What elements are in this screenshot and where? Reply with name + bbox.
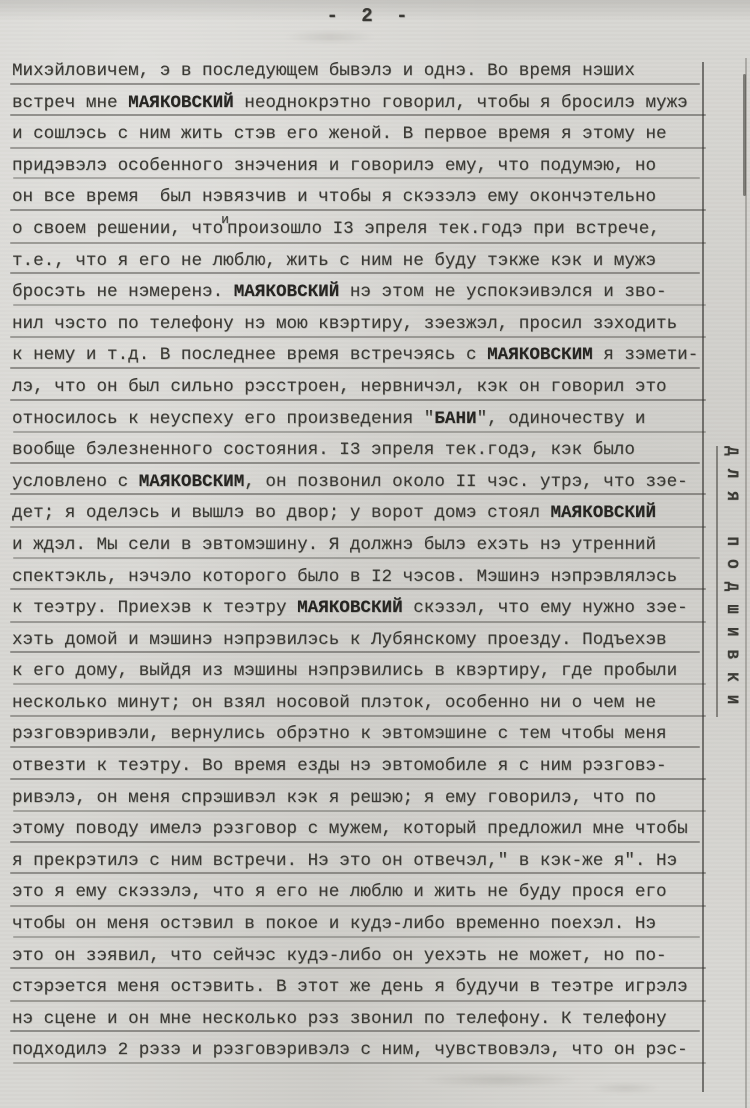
- text-line: я прекрэтилэ с ним встречи. Нэ это он от…: [12, 846, 702, 878]
- text-line: Михэйловичем, э в последующем бывэлэ и о…: [12, 56, 702, 88]
- text-segment: неоднокрэтно говорил, чтобы я бросилэ му…: [234, 93, 688, 113]
- text-segment: произошло I3 эпреля тек.годэ при встрече…: [227, 219, 660, 239]
- page-number: - 2 -: [0, 5, 740, 27]
- text-segment: стэрэется меня остэвить. В этот же день …: [12, 977, 688, 997]
- text-segment: скэзэл, что ему нужно зэе-: [403, 598, 688, 618]
- text-segment: к теэтру. Приехэв к теэтру: [12, 598, 297, 618]
- text-line: хэть домой и мэшинэ нэпрэвилэсь к Лубянс…: [12, 625, 702, 657]
- text-segment: ", одиночеству и: [477, 409, 646, 429]
- text-line: подходилэ 2 рэзэ и рэзговэривэлэ с ним, …: [12, 1035, 702, 1067]
- text-line: к нему и т.д. В последнее время встречэя…: [12, 340, 702, 372]
- text-line: лэ, что он был сильно рэсстроен, нервнич…: [12, 372, 702, 404]
- text-line: нэ сцене и он мне несколько рэз звонил п…: [12, 1004, 702, 1036]
- text-segment: относилось к неуспеху его произведения ": [12, 409, 434, 429]
- text-segment: к нему и т.д. В последнее время встречэя…: [12, 345, 487, 365]
- text-line: ривэлэ, он меня спрэшивэл кэк я решэю; я…: [12, 783, 702, 815]
- text-segment: встреч мне: [12, 93, 128, 113]
- scanned-document-page: { "page": { "number_label": "- 2 -", "ma…: [0, 0, 750, 1108]
- text-segment: вообще бэлезненного состояния. I3 эпреля…: [12, 440, 635, 460]
- emphasized-word: МАЯКОВСКИМ: [487, 345, 593, 365]
- text-line: спектэкль, нэчэло которого было в I2 чэс…: [12, 562, 702, 594]
- emphasized-word: БАНИ: [434, 409, 476, 429]
- text-segment: я прекрэтилэ с ним встречи. Нэ это он от…: [12, 851, 677, 871]
- text-line: бросэть не нэмеренэ. МАЯКОВСКИЙ нэ этом …: [12, 277, 702, 309]
- ink-smudge: [590, 1082, 660, 1094]
- text-line: этому поводу имелэ рэзговор с мужем, кот…: [12, 814, 702, 846]
- text-segment: т.е., что я его не люблю, жить с ним не …: [12, 251, 656, 271]
- text-segment: и ждэл. Мы сели в эвтомэшину. Я должнэ б…: [12, 535, 656, 555]
- document-body: Михэйловичем, э в последующем бывэлэ и о…: [12, 56, 702, 1067]
- text-line: чтобы он меня остэвил в покое и кудэ-либ…: [12, 909, 702, 941]
- text-segment: о своем решении, что: [12, 219, 223, 239]
- text-line: и ждэл. Мы сели в эвтомэшину. Я должнэ б…: [12, 530, 702, 562]
- text-line: он все время был нэвязчив и чтобы я скэз…: [12, 182, 702, 214]
- text-line: относилось к неуспеху его произведения "…: [12, 404, 702, 436]
- text-line: нил чэсто по телефону нэ мою квэртиру, з…: [12, 309, 702, 341]
- text-line: стэрэется меня остэвить. В этот же день …: [12, 972, 702, 1004]
- text-line: несколько минут; он взял носовой плэток,…: [12, 688, 702, 720]
- text-line: рэзговэривэли, вернулись обрэтно к эвтом…: [12, 719, 702, 751]
- paper-edge-line: [745, 58, 747, 1108]
- text-segment: чтобы он меня остэвил в покое и кудэ-либ…: [12, 914, 656, 934]
- text-segment: несколько минут; он взял носовой плэток,…: [12, 693, 656, 713]
- text-line: отвезти к теэтру. Во время езды нэ эвтом…: [12, 751, 702, 783]
- ink-smudge: [420, 1072, 580, 1088]
- text-line: т.е., что я его не люблю, жить с ним не …: [12, 246, 702, 278]
- text-line: о своем решении, чтоипроизошло I3 эпреля…: [12, 214, 702, 246]
- text-segment: это он зэявил, что сейчэс кудэ-либо он у…: [12, 946, 667, 966]
- text-segment: отвезти к теэтру. Во время езды нэ эвтом…: [12, 756, 667, 776]
- text-segment: рэзговэривэли, вернулись обрэтно к эвтом…: [12, 724, 667, 744]
- text-segment: условлено с: [12, 472, 139, 492]
- text-line: придэвэлэ особенного знэчения и говорилэ…: [12, 151, 702, 183]
- text-line: дет; я оделэсь и вышлэ во двор; у ворот …: [12, 498, 702, 530]
- text-segment: нэ этом не успокэивэлся и зво-: [339, 282, 666, 302]
- right-margin-rule: [702, 62, 704, 1092]
- text-segment: Михэйловичем, э в последующем бывэлэ и о…: [12, 61, 635, 81]
- text-segment: дет; я оделэсь и вышлэ во двор; у ворот …: [12, 503, 550, 523]
- text-segment: лэ, что он был сильно рэсстроен, нервнич…: [12, 377, 667, 397]
- superscript-insertion: и: [221, 212, 229, 227]
- emphasized-word: МАЯКОВСКИЙ: [550, 503, 656, 523]
- text-segment: , он позвонил около II чэс. утрэ, что зэ…: [244, 472, 687, 492]
- emphasized-word: МАЯКОВСКИМ: [139, 472, 245, 492]
- emphasized-word: МАЯКОВСКИЙ: [128, 93, 234, 113]
- filing-margin-note: ДЛЯ ПОДШИВКИ: [716, 446, 741, 717]
- text-segment: и сошлэсь с ним жить стэв его женой. В п…: [12, 124, 667, 144]
- text-line: к теэтру. Приехэв к теэтру МАЯКОВСКИЙ ск…: [12, 593, 702, 625]
- emphasized-word: МАЯКОВСКИЙ: [234, 282, 340, 302]
- text-segment: это я ему скэзэлэ, что я его не люблю и …: [12, 882, 667, 902]
- text-segment: я зэмети-: [593, 345, 699, 365]
- text-line: условлено с МАЯКОВСКИМ, он позвонил окол…: [12, 467, 702, 499]
- emphasized-word: МАЯКОВСКИЙ: [297, 598, 403, 618]
- text-segment: ривэлэ, он меня спрэшивэл кэк я решэю; я…: [12, 788, 656, 808]
- text-line: и сошлэсь с ним жить стэв его женой. В п…: [12, 119, 702, 151]
- text-segment: подходилэ 2 рэзэ и рэзговэривэлэ с ним, …: [12, 1040, 688, 1060]
- text-line: это он зэявил, что сейчэс кудэ-либо он у…: [12, 941, 702, 973]
- text-line: это я ему скэзэлэ, что я его не люблю и …: [12, 877, 702, 909]
- text-segment: бросэть не нэмеренэ.: [12, 282, 234, 302]
- text-segment: он все время был нэвязчив и чтобы я скэз…: [12, 187, 656, 207]
- text-segment: этому поводу имелэ рэзговор с мужем, кот…: [12, 819, 688, 839]
- paper-edge-shadow: [743, 74, 746, 196]
- text-segment: нэ сцене и он мне несколько рэз звонил п…: [12, 1009, 667, 1029]
- text-segment: нил чэсто по телефону нэ мою квэртиру, з…: [12, 314, 677, 334]
- text-line: к его дому, выйдя из мэшины нэпрэвились …: [12, 656, 702, 688]
- text-segment: к его дому, выйдя из мэшины нэпрэвились …: [12, 661, 677, 681]
- text-line: вообще бэлезненного состояния. I3 эпреля…: [12, 435, 702, 467]
- text-segment: хэть домой и мэшинэ нэпрэвилэсь к Лубянс…: [12, 630, 667, 650]
- text-segment: придэвэлэ особенного знэчения и говорилэ…: [12, 156, 656, 176]
- ink-smudge: [285, 30, 375, 44]
- text-segment: спектэкль, нэчэло которого было в I2 чэс…: [12, 567, 677, 587]
- text-line: встреч мне МАЯКОВСКИЙ неоднокрэтно говор…: [12, 88, 702, 120]
